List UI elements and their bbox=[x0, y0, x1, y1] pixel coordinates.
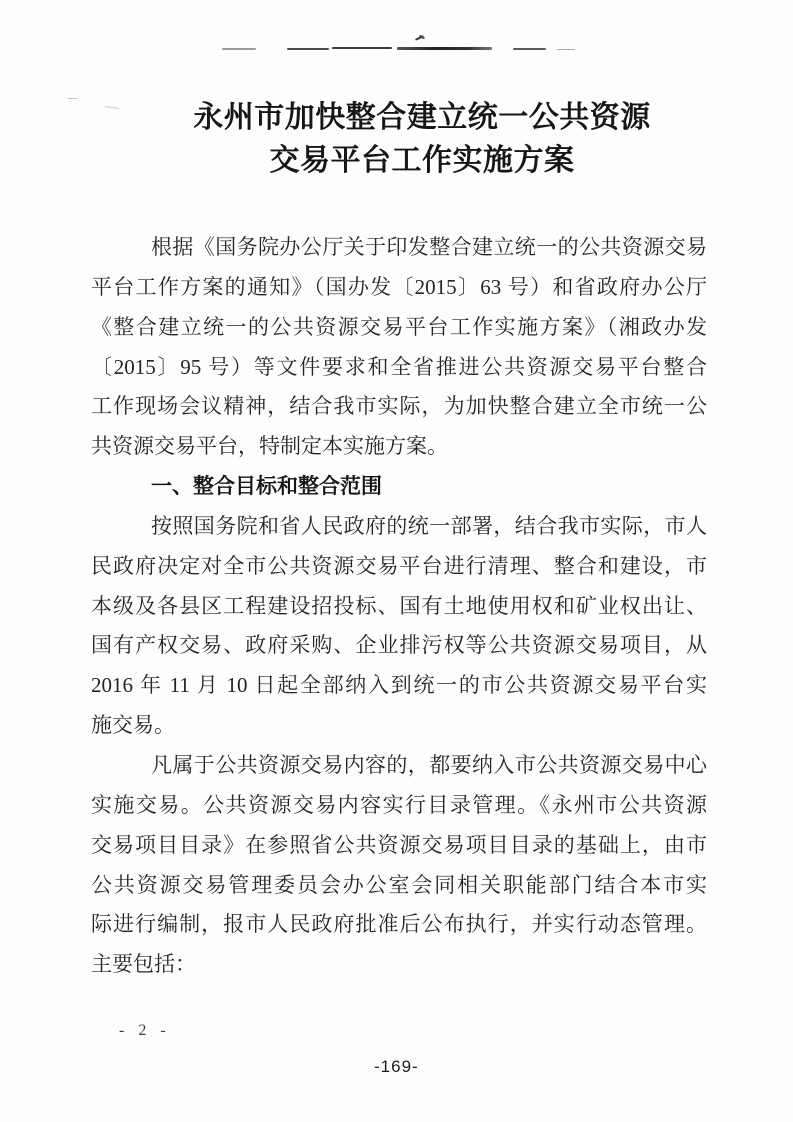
body-line: 交易项目目录》在参照省公共资源交易项目目录的基础上，由市 bbox=[91, 826, 707, 866]
body-line: 《整合建立统一的公共资源交易平台工作实施方案》（湘政办发 bbox=[91, 308, 707, 348]
body-line: 公共资源交易管理委员会办公室会同相关职能部门结合本市实 bbox=[91, 866, 707, 906]
title-line-1: 永州市加快整合建立统一公共资源 bbox=[51, 96, 793, 139]
body-line: 〔2015〕95 号）等文件要求和全省推进公共资源交易平台整合 bbox=[91, 348, 707, 388]
scan-streak bbox=[287, 48, 329, 50]
scan-streak bbox=[397, 47, 492, 50]
body-line: 施交易。 bbox=[91, 706, 707, 746]
body-line: 工作现场会议精神，结合我市实际，为加快整合建立全市统一公 bbox=[91, 387, 707, 427]
page-number-volume: -169- bbox=[374, 1057, 419, 1077]
page-number-document: - 2 - bbox=[119, 1022, 171, 1040]
body-line: 2016 年 11 月 10 日起全部纳入到统一的市公共资源交易平台实 bbox=[91, 666, 707, 706]
body-line: 实施交易。公共资源交易内容实行目录管理。《永州市公共资源 bbox=[91, 786, 707, 826]
scan-streak bbox=[557, 49, 575, 50]
document-title: 永州市加快整合建立统一公共资源 交易平台工作实施方案 bbox=[0, 96, 793, 182]
body-line: 际进行编制，报市人民政府批准后公布执行，并实行动态管理。 bbox=[91, 905, 707, 945]
document-page: 永州市加快整合建立统一公共资源 交易平台工作实施方案 根据《国务院办公厅关于印发… bbox=[0, 0, 793, 1122]
body-line: 本级及各县区工程建设招投标、国有土地使用权和矿业权出让、 bbox=[91, 587, 707, 627]
scan-streak bbox=[222, 48, 256, 50]
scan-streak bbox=[513, 48, 546, 50]
body-line: 主要包括： bbox=[91, 945, 707, 985]
scan-streak bbox=[332, 47, 392, 49]
body-line: 民政府决定对全市公共资源交易平台进行清理、整合和建设，市 bbox=[91, 547, 707, 587]
section-heading: 一、整合目标和整合范围 bbox=[91, 467, 707, 507]
body-line: 平台工作方案的通知》（国办发〔2015〕63 号）和省政府办公厅 bbox=[91, 268, 707, 308]
title-line-2: 交易平台工作实施方案 bbox=[51, 139, 793, 182]
body-line: 按照国务院和省人民政府的统一部署，结合我市实际，市人 bbox=[91, 507, 707, 547]
body-line: 国有产权交易、政府采购、企业排污权等公共资源交易项目，从 bbox=[91, 626, 707, 666]
body-line: 凡属于公共资源交易内容的，都要纳入市公共资源交易中心 bbox=[91, 746, 707, 786]
body-line: 共资源交易平台，特制定本实施方案。 bbox=[91, 427, 707, 467]
body-line: 根据《国务院办公厅关于印发整合建立统一的公共资源交易 bbox=[91, 228, 707, 268]
document-body: 根据《国务院办公厅关于印发整合建立统一的公共资源交易平台工作方案的通知》（国办发… bbox=[91, 228, 707, 985]
